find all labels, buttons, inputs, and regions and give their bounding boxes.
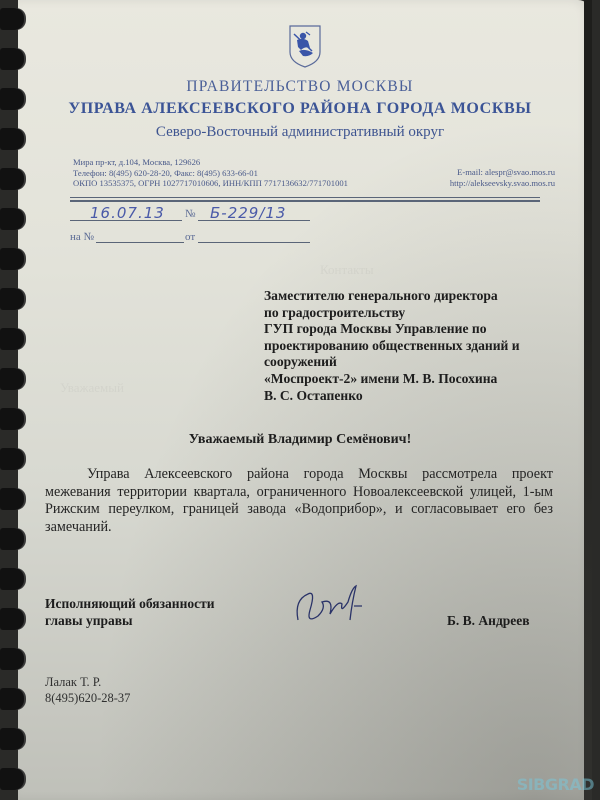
- addressee-line: ГУП города Москвы Управление по: [264, 321, 564, 338]
- header-divider: [70, 197, 540, 198]
- salutation: Уважаемый Владимир Семёнович!: [0, 432, 600, 448]
- watermark-logo: SIBGRAD: [517, 775, 594, 794]
- binding-coil: [0, 248, 24, 270]
- binding-coil: [0, 528, 24, 550]
- email-link[interactable]: E-mail: alespr@svao.mos.ru: [450, 167, 555, 178]
- page-edge-shadow: [584, 0, 592, 800]
- moscow-coat-of-arms-icon: [288, 24, 322, 68]
- government-title: ПРАВИТЕЛЬСТВО МОСКВЫ: [0, 78, 600, 96]
- number-label: №: [185, 208, 196, 220]
- binding-coil: [0, 768, 24, 790]
- signatory-name: Б. В. Андреев: [447, 613, 530, 629]
- binding-coil: [0, 448, 24, 470]
- addressee-block: Заместителю генерального директора по гр…: [264, 288, 564, 404]
- executor-phone: 8(495)620-28-37: [45, 691, 130, 707]
- addressee-line: сооружений: [264, 354, 564, 371]
- executor-name: Лалак Т. Р.: [45, 675, 130, 691]
- binding-coil: [0, 648, 24, 670]
- reply-date-field: [198, 242, 310, 243]
- addressee-line: «Моспроект-2» имени М. В. Посохина: [264, 371, 564, 388]
- bleed-through-text: Уважаемый: [60, 380, 124, 396]
- binding-coil: [0, 8, 24, 30]
- binding-coil: [0, 488, 24, 510]
- header-divider-double: [70, 200, 540, 202]
- reply-to-label: на №: [70, 231, 94, 243]
- address-line: Мира пр-кт, д.104, Москва, 129626: [73, 157, 348, 168]
- organization-title: УПРАВА АЛЕКСЕЕВСКОГО РАЙОНА ГОРОДА МОСКВ…: [0, 100, 600, 118]
- contact-block: E-mail: alespr@svao.mos.ru http://alekse…: [450, 167, 555, 188]
- binding-coil: [0, 208, 24, 230]
- outgoing-date: 16.07.13: [90, 204, 165, 222]
- phone-line: Телефон: 8(495) 620-28-20, Факс: 8(495) …: [73, 168, 348, 179]
- spiral-binding: [0, 0, 26, 800]
- executor-block: Лалак Т. Р. 8(495)620-28-37: [45, 675, 130, 706]
- reply-number-field: [96, 242, 184, 243]
- addressee-line: Заместителю генерального директора: [264, 288, 564, 305]
- outgoing-number: Б-229/13: [210, 204, 286, 222]
- district-subtitle: Северо-Восточный административный округ: [0, 124, 600, 141]
- website-link[interactable]: http://alekseevsky.svao.mos.ru: [450, 178, 555, 189]
- bleed-through-text: Контакты: [320, 262, 374, 278]
- binding-coil: [0, 408, 24, 430]
- binding-coil: [0, 328, 24, 350]
- addressee-line: по градостроительству: [264, 305, 564, 322]
- address-block: Мира пр-кт, д.104, Москва, 129626 Телефо…: [73, 157, 348, 189]
- registration-line: ОКПО 13535375, ОГРН 1027717010606, ИНН/К…: [73, 178, 348, 189]
- signatory-title-line: Исполняющий обязанности: [45, 595, 215, 612]
- binding-coil: [0, 728, 24, 750]
- letter-body: Управа Алексеевского района города Москв…: [45, 466, 553, 536]
- binding-coil: [0, 688, 24, 710]
- binding-coil: [0, 608, 24, 630]
- from-label: от: [185, 231, 195, 243]
- binding-coil: [0, 288, 24, 310]
- binding-coil: [0, 168, 24, 190]
- signatory-title: Исполняющий обязанности главы управы: [45, 595, 215, 629]
- addressee-line: проектированию общественных зданий и: [264, 338, 564, 355]
- binding-coil: [0, 568, 24, 590]
- binding-coil: [0, 48, 24, 70]
- binding-coil: [0, 368, 24, 390]
- addressee-name: В. С. Остапенко: [264, 388, 564, 405]
- handwritten-signature: [290, 580, 380, 630]
- signatory-title-line: главы управы: [45, 612, 215, 629]
